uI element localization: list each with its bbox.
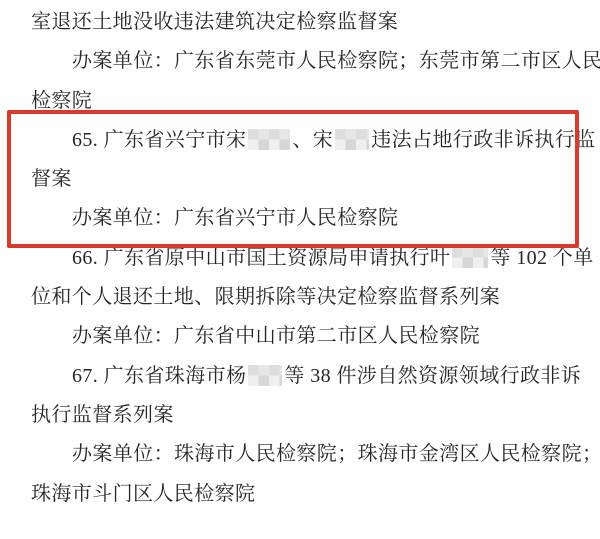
case-66-unit-text-0: 办案单位：广东省中山市第二市区人民检察院 xyxy=(72,325,480,347)
redacted-name-block xyxy=(335,129,369,150)
case-66-unit: 办案单位：广东省中山市第二市区人民检察院 xyxy=(0,317,600,356)
case-67-title-line1-text-0: 67. 广东省珠海市杨 xyxy=(72,365,246,387)
case-67-unit-line2: 珠海市斗门区人民检察院 xyxy=(0,475,600,514)
case-64-title-wrap: 室退还土地没收违法建筑决定检察监督案 xyxy=(0,3,600,42)
case-65-title-line1-text-0: 65. 广东省兴宁市宋 xyxy=(72,129,246,151)
case-65-title-line2: 督案 xyxy=(0,160,600,199)
redacted-name-block xyxy=(248,365,282,386)
case-65-title-line1: 65. 广东省兴宁市宋、宋违法占地行政非诉执行监 xyxy=(0,121,600,160)
case-67-unit-line1-text-0: 办案单位：珠海市人民检察院；珠海市金湾区人民检察院； xyxy=(72,443,600,465)
redacted-name-block xyxy=(248,129,290,150)
case-66-title-line2: 位和个人退还土地、限期拆除等决定检察监督系列案 xyxy=(0,278,600,317)
case-67-title-line1: 67. 广东省珠海市杨等 38 件涉自然资源领域行政非诉 xyxy=(0,357,600,396)
case-65-title-line1-text-4: 违法占地行政非诉执行监 xyxy=(371,129,595,151)
case-66-title-line1: 66. 广东省原中山市国土资源局申请执行叶等 102 个单 xyxy=(0,239,600,278)
case-67-unit-line1: 办案单位：珠海市人民检察院；珠海市金湾区人民检察院； xyxy=(0,435,600,474)
case-64-unit-line1-text-0: 办案单位：广东省东莞市人民检察院；东莞市第二市区人民 xyxy=(72,50,600,72)
case-67-title-line2: 执行监督系列案 xyxy=(0,396,600,435)
case-67-title-line2-text-0: 执行监督系列案 xyxy=(31,404,174,426)
document-page: 室退还土地没收违法建筑决定检察监督案办案单位：广东省东莞市人民检察院；东莞市第二… xyxy=(0,0,600,539)
case-66-title-line1-text-0: 66. 广东省原中山市国土资源局申请执行叶 xyxy=(72,247,450,269)
case-64-unit-line2-text-0: 检察院 xyxy=(31,90,92,112)
case-65-title-line1-text-2: 、宋 xyxy=(292,129,333,151)
case-list-text: 室退还土地没收违法建筑决定检察监督案办案单位：广东省东莞市人民检察院；东莞市第二… xyxy=(0,3,600,514)
case-64-title-wrap-text-0: 室退还土地没收违法建筑决定检察监督案 xyxy=(31,11,398,33)
case-67-title-line1-text-2: 等 38 件涉自然资源领域行政非诉 xyxy=(284,365,581,387)
case-67-unit-line2-text-0: 珠海市斗门区人民检察院 xyxy=(31,483,255,505)
case-65-unit: 办案单位：广东省兴宁市人民检察院 xyxy=(0,199,600,238)
case-66-title-line1-text-2: 等 102 个单 xyxy=(490,247,593,269)
case-66-title-line2-text-0: 位和个人退还土地、限期拆除等决定检察监督系列案 xyxy=(31,286,500,308)
case-64-unit-line1: 办案单位：广东省东莞市人民检察院；东莞市第二市区人民 xyxy=(0,42,600,81)
redacted-name-block xyxy=(452,247,488,268)
case-64-unit-line2: 检察院 xyxy=(0,82,600,121)
case-65-title-line2-text-0: 督案 xyxy=(31,168,72,190)
case-65-unit-text-0: 办案单位：广东省兴宁市人民检察院 xyxy=(72,207,398,229)
